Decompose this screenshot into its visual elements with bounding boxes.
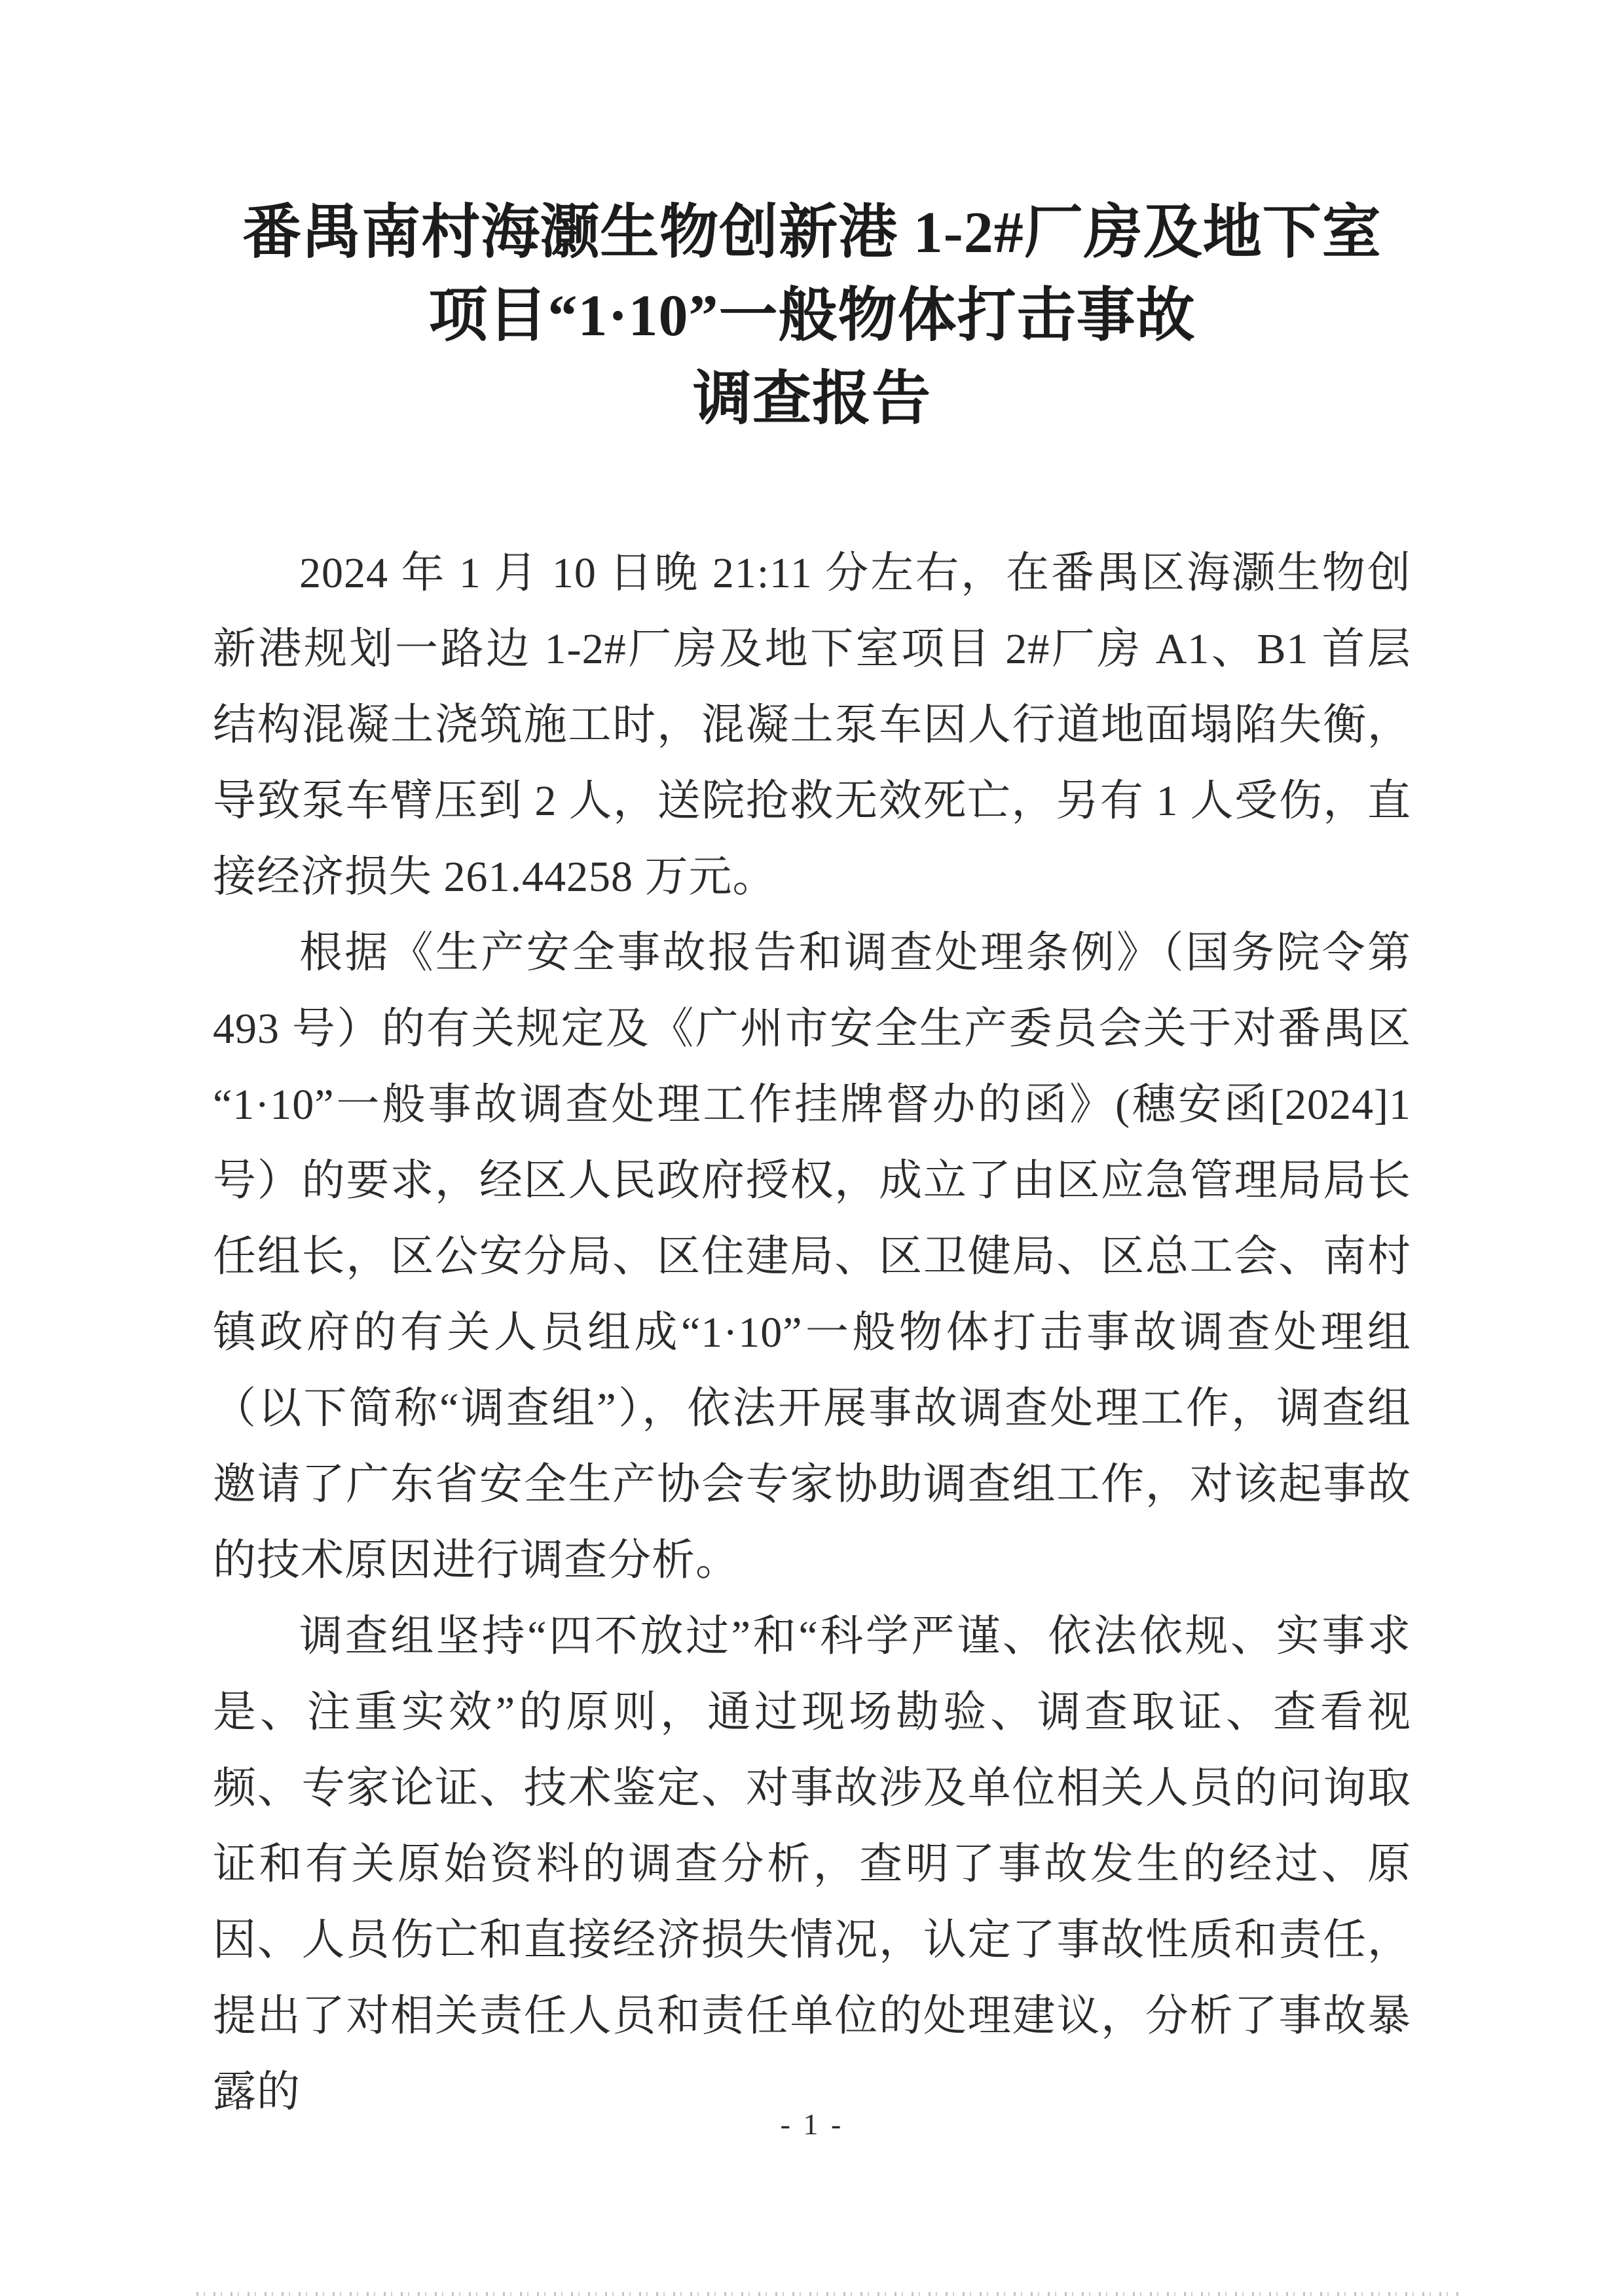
- page-footer: - 1 -: [0, 2107, 1624, 2141]
- page-number: - 1 -: [781, 2107, 844, 2141]
- paragraph-investigation-team-setup: 根据《生产安全事故报告和调查处理条例》（国务院令第 493 号）的有关规定及《广…: [213, 915, 1411, 1599]
- paragraph-accident-summary: 2024 年 1 月 10 日晚 21:11 分左右，在番禺区海灏生物创新港规划…: [213, 536, 1411, 915]
- report-body: 2024 年 1 月 10 日晚 21:11 分左右，在番禺区海灏生物创新港规划…: [213, 536, 1411, 2130]
- report-title-line-3: 调查报告: [213, 357, 1411, 441]
- report-title-line-1: 番禺南村海灏生物创新港 1-2#厂房及地下室: [213, 191, 1411, 274]
- paragraph-investigation-principles: 调查组坚持“四不放过”和“科学严谨、依法依规、实事求是、注重实效”的原则，通过现…: [213, 1599, 1411, 2130]
- report-page: 番禺南村海灏生物创新港 1-2#厂房及地下室 项目“1·10”一般物体打击事故 …: [0, 0, 1624, 2296]
- report-title-line-2: 项目“1·10”一般物体打击事故: [213, 274, 1411, 357]
- next-page-cutoff-text: [196, 2292, 1460, 2296]
- report-title: 番禺南村海灏生物创新港 1-2#厂房及地下室 项目“1·10”一般物体打击事故 …: [213, 191, 1411, 441]
